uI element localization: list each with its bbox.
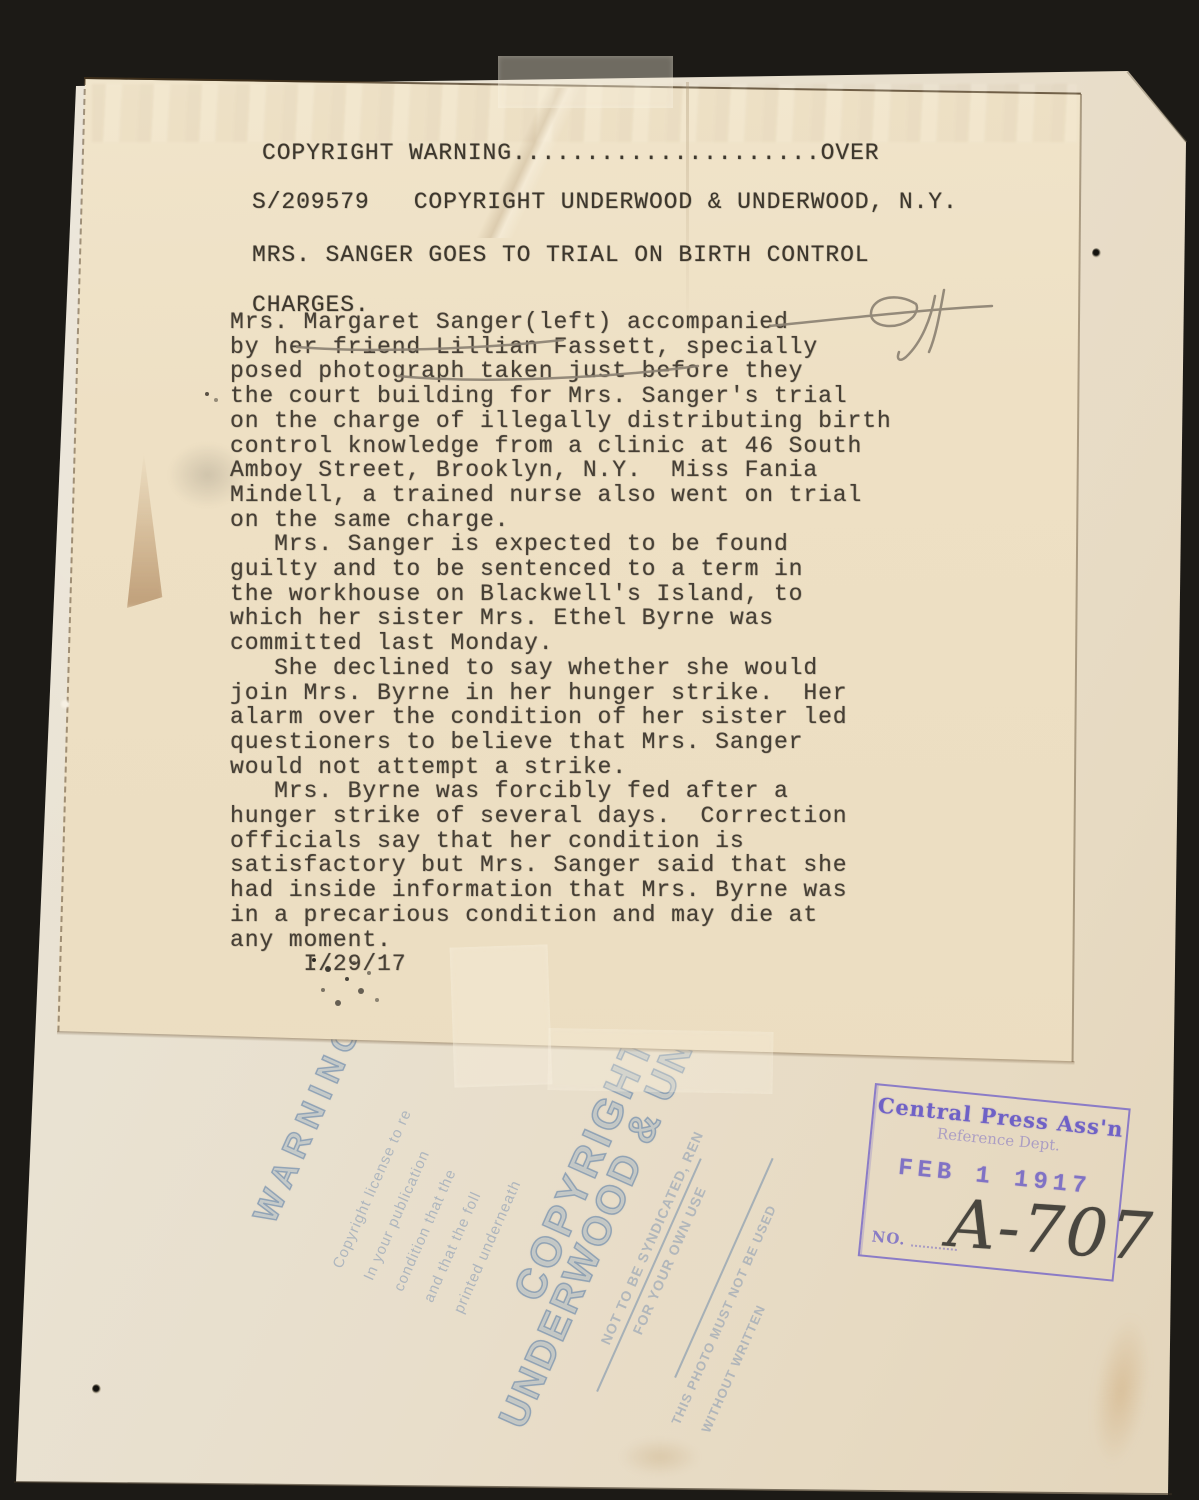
pencil-annotation-cross bbox=[929, 290, 944, 352]
pencil-marks-overlay bbox=[0, 0, 1199, 1500]
pencil-strikethrough-line bbox=[770, 306, 992, 326]
pencil-underline-margaret-sanger bbox=[297, 340, 563, 350]
pencil-underline-lillian-fassett bbox=[398, 366, 698, 380]
scanned-photo-back: { "document": { "header": { "warning_lin… bbox=[0, 0, 1199, 1500]
